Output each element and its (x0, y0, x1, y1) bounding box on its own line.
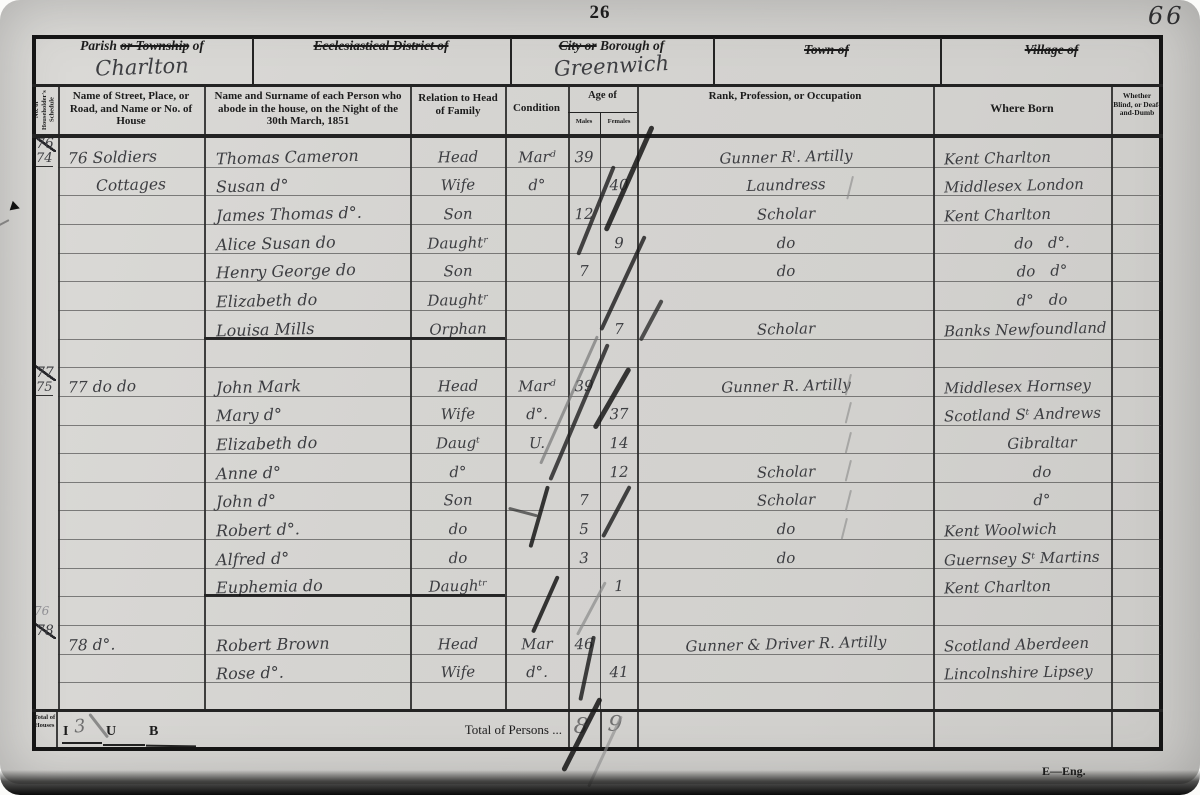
grid-line (58, 625, 1161, 626)
grid-line (410, 86, 412, 709)
grid-line (933, 711, 935, 747)
pencil-stroke (0, 219, 9, 249)
grid-line (1111, 86, 1113, 709)
grid-line (600, 711, 602, 747)
grid-line (58, 453, 1161, 454)
grid-line (510, 38, 512, 84)
grid-line (58, 682, 1161, 683)
grid-line (32, 134, 1163, 138)
grid-line (58, 425, 1161, 426)
grid-line (58, 339, 1161, 340)
grid-line (32, 35, 1163, 751)
grid-line (1111, 711, 1113, 747)
grid-line (58, 539, 1161, 540)
grid-line (568, 711, 570, 747)
page-number: 26 (570, 2, 630, 24)
grid-line (32, 709, 1163, 712)
grid-line (58, 654, 1161, 655)
grid-line (252, 38, 254, 84)
grid-line (713, 38, 715, 84)
grid-line (58, 510, 1161, 511)
grid-line (58, 482, 1161, 483)
margin-pointer (10, 201, 22, 213)
scan-shadow-band (0, 770, 1200, 795)
grid-line (204, 86, 206, 709)
folio-number: 66 (1148, 2, 1185, 30)
grid-line (32, 84, 1163, 87)
grid-line (58, 253, 1161, 254)
grid-line (58, 195, 1161, 196)
grid-line (637, 86, 639, 709)
grid-line (58, 596, 1161, 597)
census-scan: 26 66 Parish or Township of Charlton Ecc… (0, 0, 1200, 795)
grid-line (58, 367, 1161, 368)
grid-line (58, 86, 60, 709)
grid-line (600, 112, 601, 134)
grid-line (933, 86, 935, 709)
grid-line (58, 281, 1161, 282)
grid-line (58, 568, 1161, 569)
grid-line (505, 86, 507, 709)
grid-line (940, 38, 942, 84)
grid-line (58, 167, 1161, 168)
grid-line (637, 711, 639, 747)
grid-line (56, 711, 58, 747)
grid-line (568, 112, 637, 113)
census-sheet: 26 66 Parish or Township of Charlton Ecc… (0, 0, 1200, 784)
